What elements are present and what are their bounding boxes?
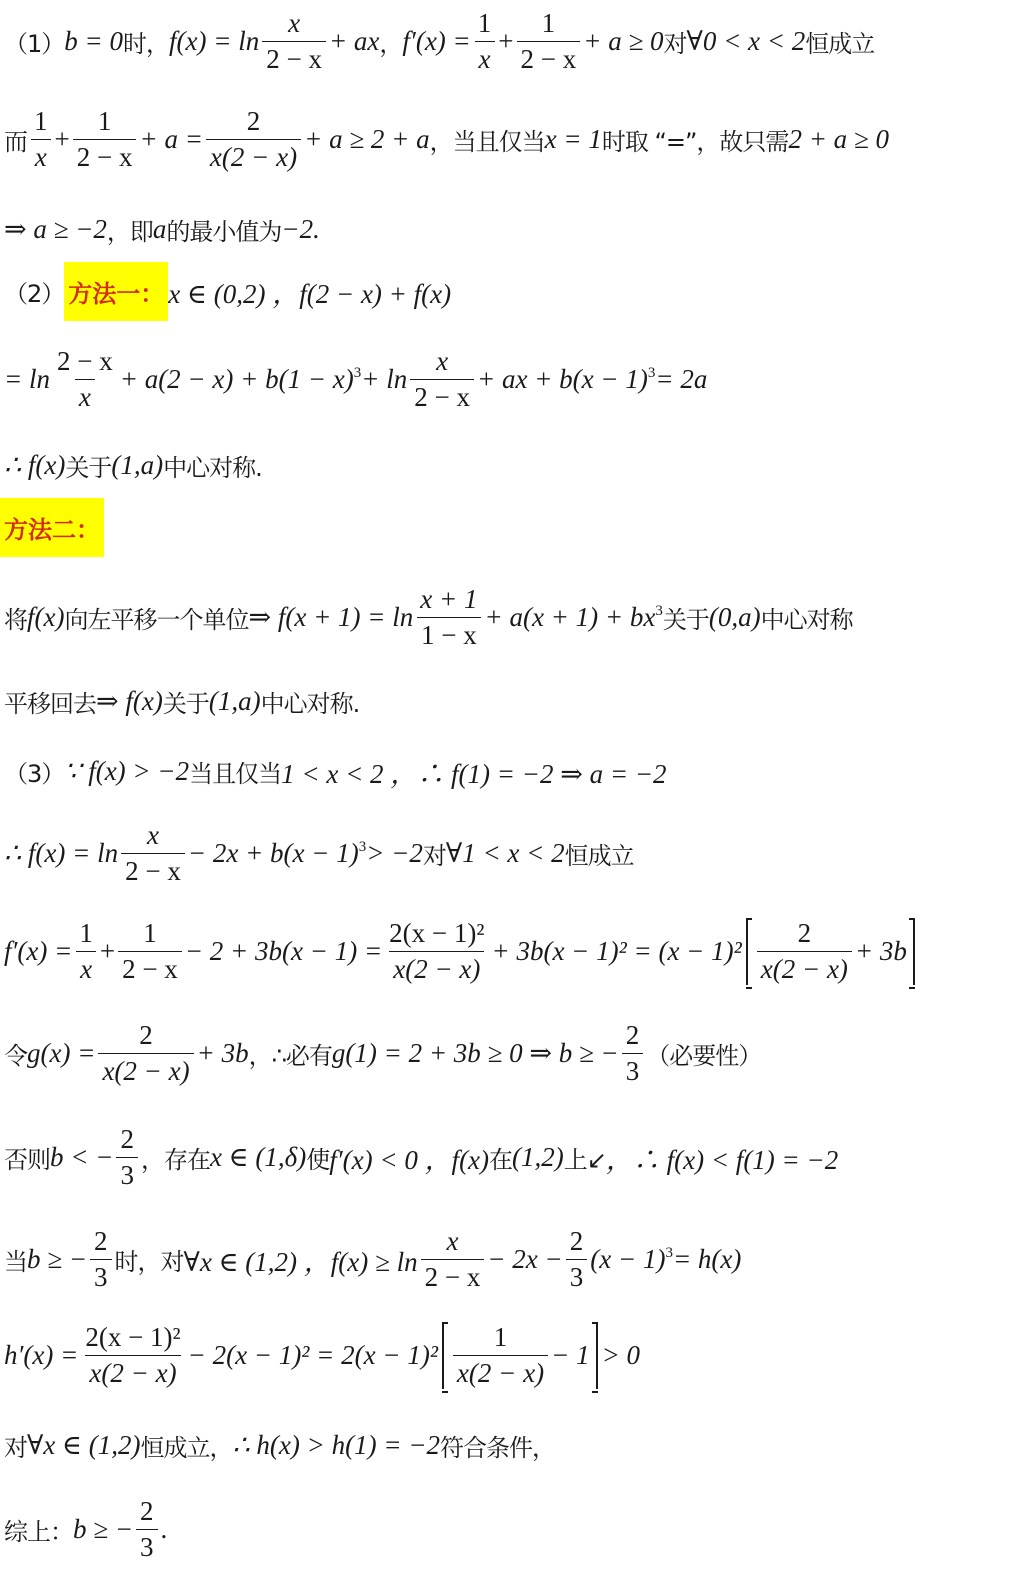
part2-method1-line3: ∴ f(x) 关于 (1,a) 中心对称. [4,448,262,483]
fraction: 12 − x [73,106,137,173]
method1-highlight-label: 方法一： [64,262,168,321]
part3-line2: ∴ f(x) = ln x2 − x − 2x + b(x − 1) 3 > −… [4,820,634,887]
part3-line1: （3） ∵ f(x) > −2 当且仅当 1 < x < 2 ，∴ f(1) =… [4,752,667,791]
fraction: 2x(2 − x) [757,918,852,985]
square-bracket: 2x(2 − x) + 3b [746,918,915,985]
part3-line6: 当 b ≥ − 23 时，对 ∀x ∈ (1,2) ，f(x) ≥ ln x2 … [4,1226,741,1293]
fraction: 2(x − 1)²x(2 − x) [385,918,488,985]
part3-line3: f′(x) = 1x + 12 − x − 2 + 3b(x − 1) = 2(… [4,918,919,985]
fraction: x2 − x [421,1226,485,1293]
fraction: 1x [474,8,496,75]
fraction: x2 − x [262,8,326,75]
part2-method2-line2: 平移回去 ⇒ f(x) 关于 (1,a) 中心对称. [4,684,359,719]
part3-label: （3） [4,754,64,789]
part3-line7: h′(x) = 2(x − 1)²x(2 − x) − 2(x − 1)² = … [4,1322,640,1389]
part2-method2-line1: 将 f(x) 向左平移一个单位 ⇒ f(x + 1) = ln x + 11 −… [4,584,853,651]
fraction: x2 − x [121,820,185,887]
fraction: 2 − xx [53,346,117,413]
fraction: x2 − x [410,346,474,413]
fraction: 2x(2 − x) [98,1020,193,1087]
fraction: 23 [116,1124,138,1191]
fraction: x + 11 − x [416,584,481,651]
part2-method2-heading: 方法二： [0,498,104,557]
part2-method1-line2: = ln 2 − xx + a(2 − x) + b(1 − x) 3 + ln… [4,346,707,413]
fraction: 23 [90,1226,112,1293]
part3-line8: 对 ∀x ∈ (1,2) 恒成立， ∴ h(x) > h(1) = −2 符合条… [4,1428,555,1463]
fraction: 23 [566,1226,588,1293]
part3-line5: 否则 b < − 23 ，存在 x ∈ (1,δ) 使 f′(x) < 0 ，f… [4,1124,838,1191]
part1-label: （1） [4,24,64,59]
fraction: 23 [622,1020,644,1087]
part1-line2: 而 1x + 12 − x + a = 2x(2 − x) + a ≥ 2 + … [4,106,889,173]
square-bracket: 1x(2 − x) − 1 [442,1322,598,1389]
fraction: 2x(2 − x) [206,106,301,173]
part2-label: （2） [4,274,64,309]
fraction: 12 − x [517,8,581,75]
part1-line3: ⇒ a ≥ −2 ，即 a 的最小值为 −2. [4,212,320,247]
fraction: 1x [30,106,52,173]
part3-line4: 令 g(x) = 2x(2 − x) + 3b ，∴必有 g(1) = 2 + … [4,1020,761,1087]
part2-line1: （2） 方法一： x ∈ (0,2) ，f(2 − x) + f(x) [4,262,451,321]
fraction: 23 [136,1496,158,1563]
fraction: 12 − x [118,918,182,985]
fraction: 2(x − 1)²x(2 − x) [81,1322,184,1389]
method2-highlight-label: 方法二： [0,498,104,557]
fraction: 1x [75,918,97,985]
part1-line1: （1） b = 0 时， f(x) = ln x2 − x + ax ， f′(… [4,8,874,75]
fraction: 1x(2 − x) [453,1322,548,1389]
part3-conclusion: 综上： b ≥ − 23 . [4,1496,167,1563]
